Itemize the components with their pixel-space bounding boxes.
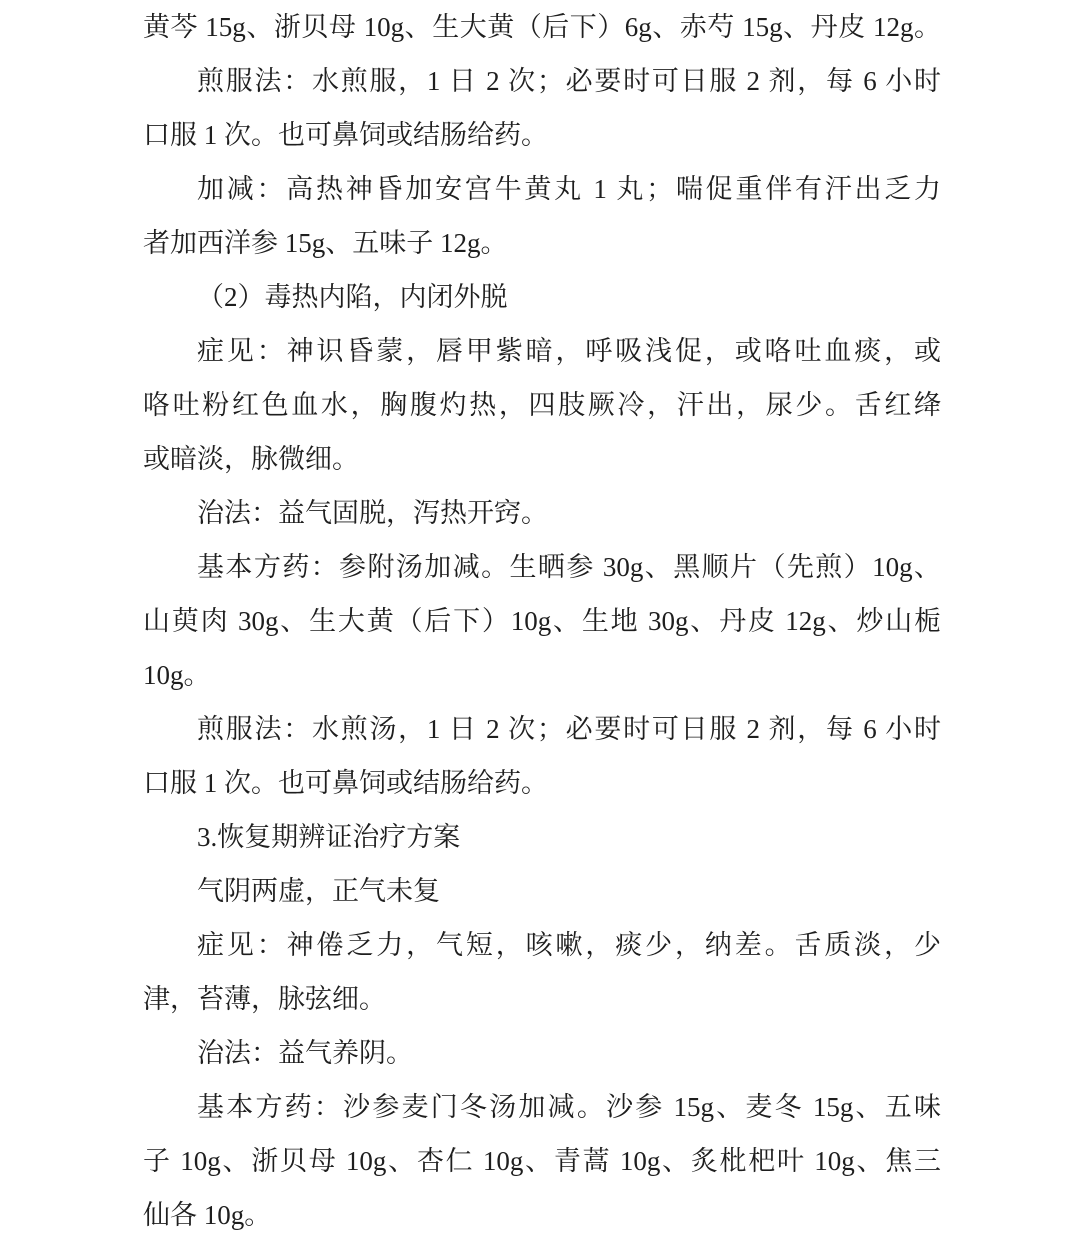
text-line: 口服 1 次。也可鼻饲或结肠给药。 [143, 756, 941, 810]
text-line: 症见：神倦乏力，气短，咳嗽，痰少，纳差。舌质淡，少 [143, 918, 941, 972]
text-line: 治法：益气固脱，泻热开窍。 [143, 486, 941, 540]
document-page: 黄芩 15g、浙贝母 10g、生大黄（后下）6g、赤芍 15g、丹皮 12g。煎… [0, 0, 1080, 1242]
text-line: 黄芩 15g、浙贝母 10g、生大黄（后下）6g、赤芍 15g、丹皮 12g。 [143, 0, 941, 54]
text-line: 症见：神识昏蒙，唇甲紫暗，呼吸浅促，或咯吐血痰，或 [143, 324, 941, 378]
text-line: 山萸肉 30g、生大黄（后下）10g、生地 30g、丹皮 12g、炒山栀 [143, 594, 941, 648]
text-line: 仙各 10g。 [143, 1188, 941, 1242]
text-column: 黄芩 15g、浙贝母 10g、生大黄（后下）6g、赤芍 15g、丹皮 12g。煎… [143, 0, 941, 1242]
text-line: 气阴两虚，正气未复 [143, 864, 941, 918]
text-line: （2）毒热内陷，内闭外脱 [143, 270, 941, 324]
text-line: 10g。 [143, 648, 941, 702]
text-line: 口服 1 次。也可鼻饲或结肠给药。 [143, 108, 941, 162]
text-line: 咯吐粉红色血水，胸腹灼热，四肢厥冷，汗出，尿少。舌红绛 [143, 378, 941, 432]
text-line: 者加西洋参 15g、五味子 12g。 [143, 216, 941, 270]
text-line: 津，苔薄，脉弦细。 [143, 972, 941, 1026]
text-line: 煎服法：水煎汤，1 日 2 次；必要时可日服 2 剂，每 6 小时 [143, 702, 941, 756]
text-line: 煎服法：水煎服，1 日 2 次；必要时可日服 2 剂，每 6 小时 [143, 54, 941, 108]
text-line: 治法：益气养阴。 [143, 1026, 941, 1080]
text-line: 3.恢复期辨证治疗方案 [143, 810, 941, 864]
text-line: 基本方药：参附汤加减。生晒参 30g、黑顺片（先煎）10g、 [143, 540, 941, 594]
text-line: 加减：高热神昏加安宫牛黄丸 1 丸；喘促重伴有汗出乏力 [143, 162, 941, 216]
text-line: 子 10g、浙贝母 10g、杏仁 10g、青蒿 10g、炙枇杷叶 10g、焦三 [143, 1134, 941, 1188]
text-line: 或暗淡，脉微细。 [143, 432, 941, 486]
text-line: 基本方药：沙参麦门冬汤加减。沙参 15g、麦冬 15g、五味 [143, 1080, 941, 1134]
